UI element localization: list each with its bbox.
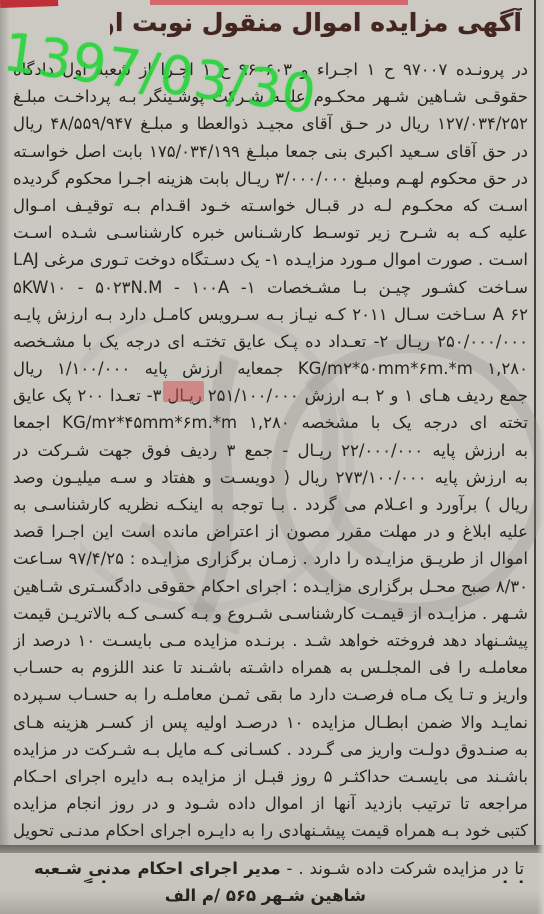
body-line: اسـت . صورت اموال مـورد مزایـده ۱- یک دس…	[13, 246, 528, 273]
fold-shadow	[0, 845, 544, 853]
body-line: پیشـنهاد دهد فروخته خواهد شـد . برنـده م…	[13, 627, 528, 654]
body-line: شـهر . مزایـده از قیمـت کارشناسـی شـروع …	[13, 600, 528, 627]
body-line: علیه کـه به شـرح زیر توسـط کارشـناس خبره…	[13, 219, 528, 246]
body-line: مراجعه تا ترتیب بازدید آنها از اموال داد…	[13, 790, 528, 817]
top-red-rule-center	[150, 0, 408, 5]
body-line: ریال ) برآورد و اعـلام می گردد . بـا توج…	[13, 491, 528, 518]
footer-reference: شاهین شـهر ۵۶۵ /م الف	[165, 886, 366, 905]
body-line: جمع ردیف هـای ۱ و ۲ بـه ارزش ۲۵۱/۱۰۰/۰۰۰…	[13, 382, 528, 409]
body-line: سـاخت کشـور چیـن بـا مشـخصات ۱- ۵KW۱۰ - …	[13, 274, 528, 301]
column-rule	[534, 0, 536, 846]
body-line: به ارزش پایه ۲۷۳/۱۰۰/۰۰۰ ریال ( دویسـت و…	[13, 464, 528, 491]
footer-text: تا در مزایده شرکت داده شـوند . -	[281, 859, 524, 878]
footer-line: تا در مزایده شرکت داده شـوند . - مدیر اج…	[34, 859, 524, 883]
body-line: اموال از طریـق مزایـده را دارد . زمـان ب…	[13, 545, 528, 572]
body-line: در حق آقای سـعید اکبری بنی جمعا مبلـغ ۱۷…	[13, 138, 528, 165]
notice-title: آگهی مزایده اموال منقول نوبت اول	[110, 8, 522, 37]
body-line: اسـت که محکـوم لـه در قبـال خواسـته خـود…	[13, 192, 528, 219]
newspaper-clipping: آگهی مزایده اموال منقول نوبت اول در پرون…	[0, 0, 544, 914]
body-line: A ۶۲ سـاخت سـال ۲۰۱۱ کـه نیـاز بـه سـروی…	[13, 301, 528, 328]
body-line: ۲۵۰/۰۰۰/۰۰۰ ریـال ۲- تعـداد ده پـک عایق …	[13, 328, 528, 355]
body-line: ۸/۳۰ صبح محـل برگزاری مزایـده : اجرای اح…	[13, 573, 528, 600]
body-line: باشـند می بایسـت حداکثـر ۵ روز قبـل از م…	[13, 763, 528, 790]
body-line: به صنـدوق دولـت واریز می گـردد . کسـانی …	[13, 736, 528, 763]
body-line: در حق محکوم لهـم ومبلغ ۳/۰۰۰/۰۰۰ ریـال ب…	[13, 165, 528, 192]
red-stamp-mark	[163, 381, 204, 402]
notice-footer: تا در مزایده شرکت داده شـوند . - مدیر اج…	[0, 853, 544, 914]
notice-body: در پرونـده ۹۷۰۰۷ ح ۱ اجـراء و ۹۶۰۶۰۳ ح ۱…	[13, 56, 528, 844]
body-line: تخته ای درجه یک با مشخصه ۱,۲۸۰ KG/m۲*۴۵m…	[13, 409, 528, 436]
body-line: علیه ابلاغ و در مهلت مقرر مصون از اعتراض…	[13, 518, 528, 545]
body-line: ۱,۲۸۰ KG/m۲*۵۰mm*۶m.*m جمعایه ارزش پایه …	[13, 355, 528, 382]
body-line: واریز و تـا یک مـاه فرصـت دارد ما بقی ثم…	[13, 681, 528, 708]
top-red-rule-left	[0, 0, 58, 8]
body-line: معاملـه را فی المجلـس به همراه داشـته با…	[13, 654, 528, 681]
body-line: نمایـد والا ضمن ابطـال مزایده ۱۰ درصـد ا…	[13, 709, 528, 736]
body-line: به ارزش پایه ۲۲/۰۰۰/۰۰۰ ریـال - جمع ۳ رد…	[13, 437, 528, 464]
body-line: کتبی خود بـه همراه قیمت پیشـنهادی را به …	[13, 817, 528, 844]
